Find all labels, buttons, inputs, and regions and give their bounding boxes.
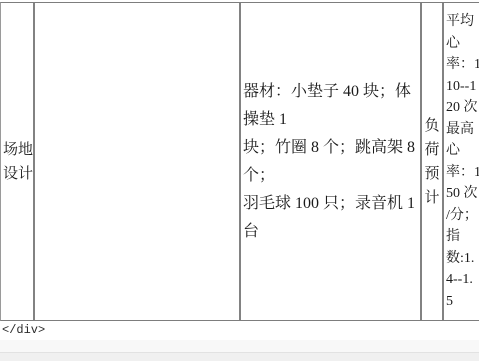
load-forecast-label-cell: 负 荷 预 计 (422, 3, 444, 320)
load-forecast-value: 平均 心 率：1 10--1 20 次 最高 心 率：1 50 次 /分； 指 … (444, 11, 479, 312)
load-forecast-label: 负 荷 预 计 (422, 114, 442, 210)
load-forecast-value-cell: 平均 心 率：1 10--1 20 次 最高 心 率：1 50 次 /分； 指 … (444, 3, 479, 320)
site-design-diagram-cell (35, 3, 241, 320)
site-design-label: 场地 设计 (1, 138, 33, 186)
equipment-text: 器材：小垫子 40 块；体操垫 1 块；竹圈 8 个；跳高架 8 个； 羽毛球 … (241, 78, 420, 246)
footer-band (0, 340, 479, 361)
footer-strip (0, 352, 479, 361)
document-page: 场地 设计 器材：小垫子 40 块；体操垫 1 块；竹圈 8 个；跳高架 8 个… (0, 0, 479, 361)
equipment-cell: 器材：小垫子 40 块；体操垫 1 块；竹圈 8 个；跳高架 8 个； 羽毛球 … (241, 3, 422, 320)
site-design-label-cell: 场地 设计 (1, 3, 35, 320)
stray-html-closing-tag: </div> (2, 323, 45, 337)
lesson-plan-table: 场地 设计 器材：小垫子 40 块；体操垫 1 块；竹圈 8 个；跳高架 8 个… (0, 2, 479, 321)
